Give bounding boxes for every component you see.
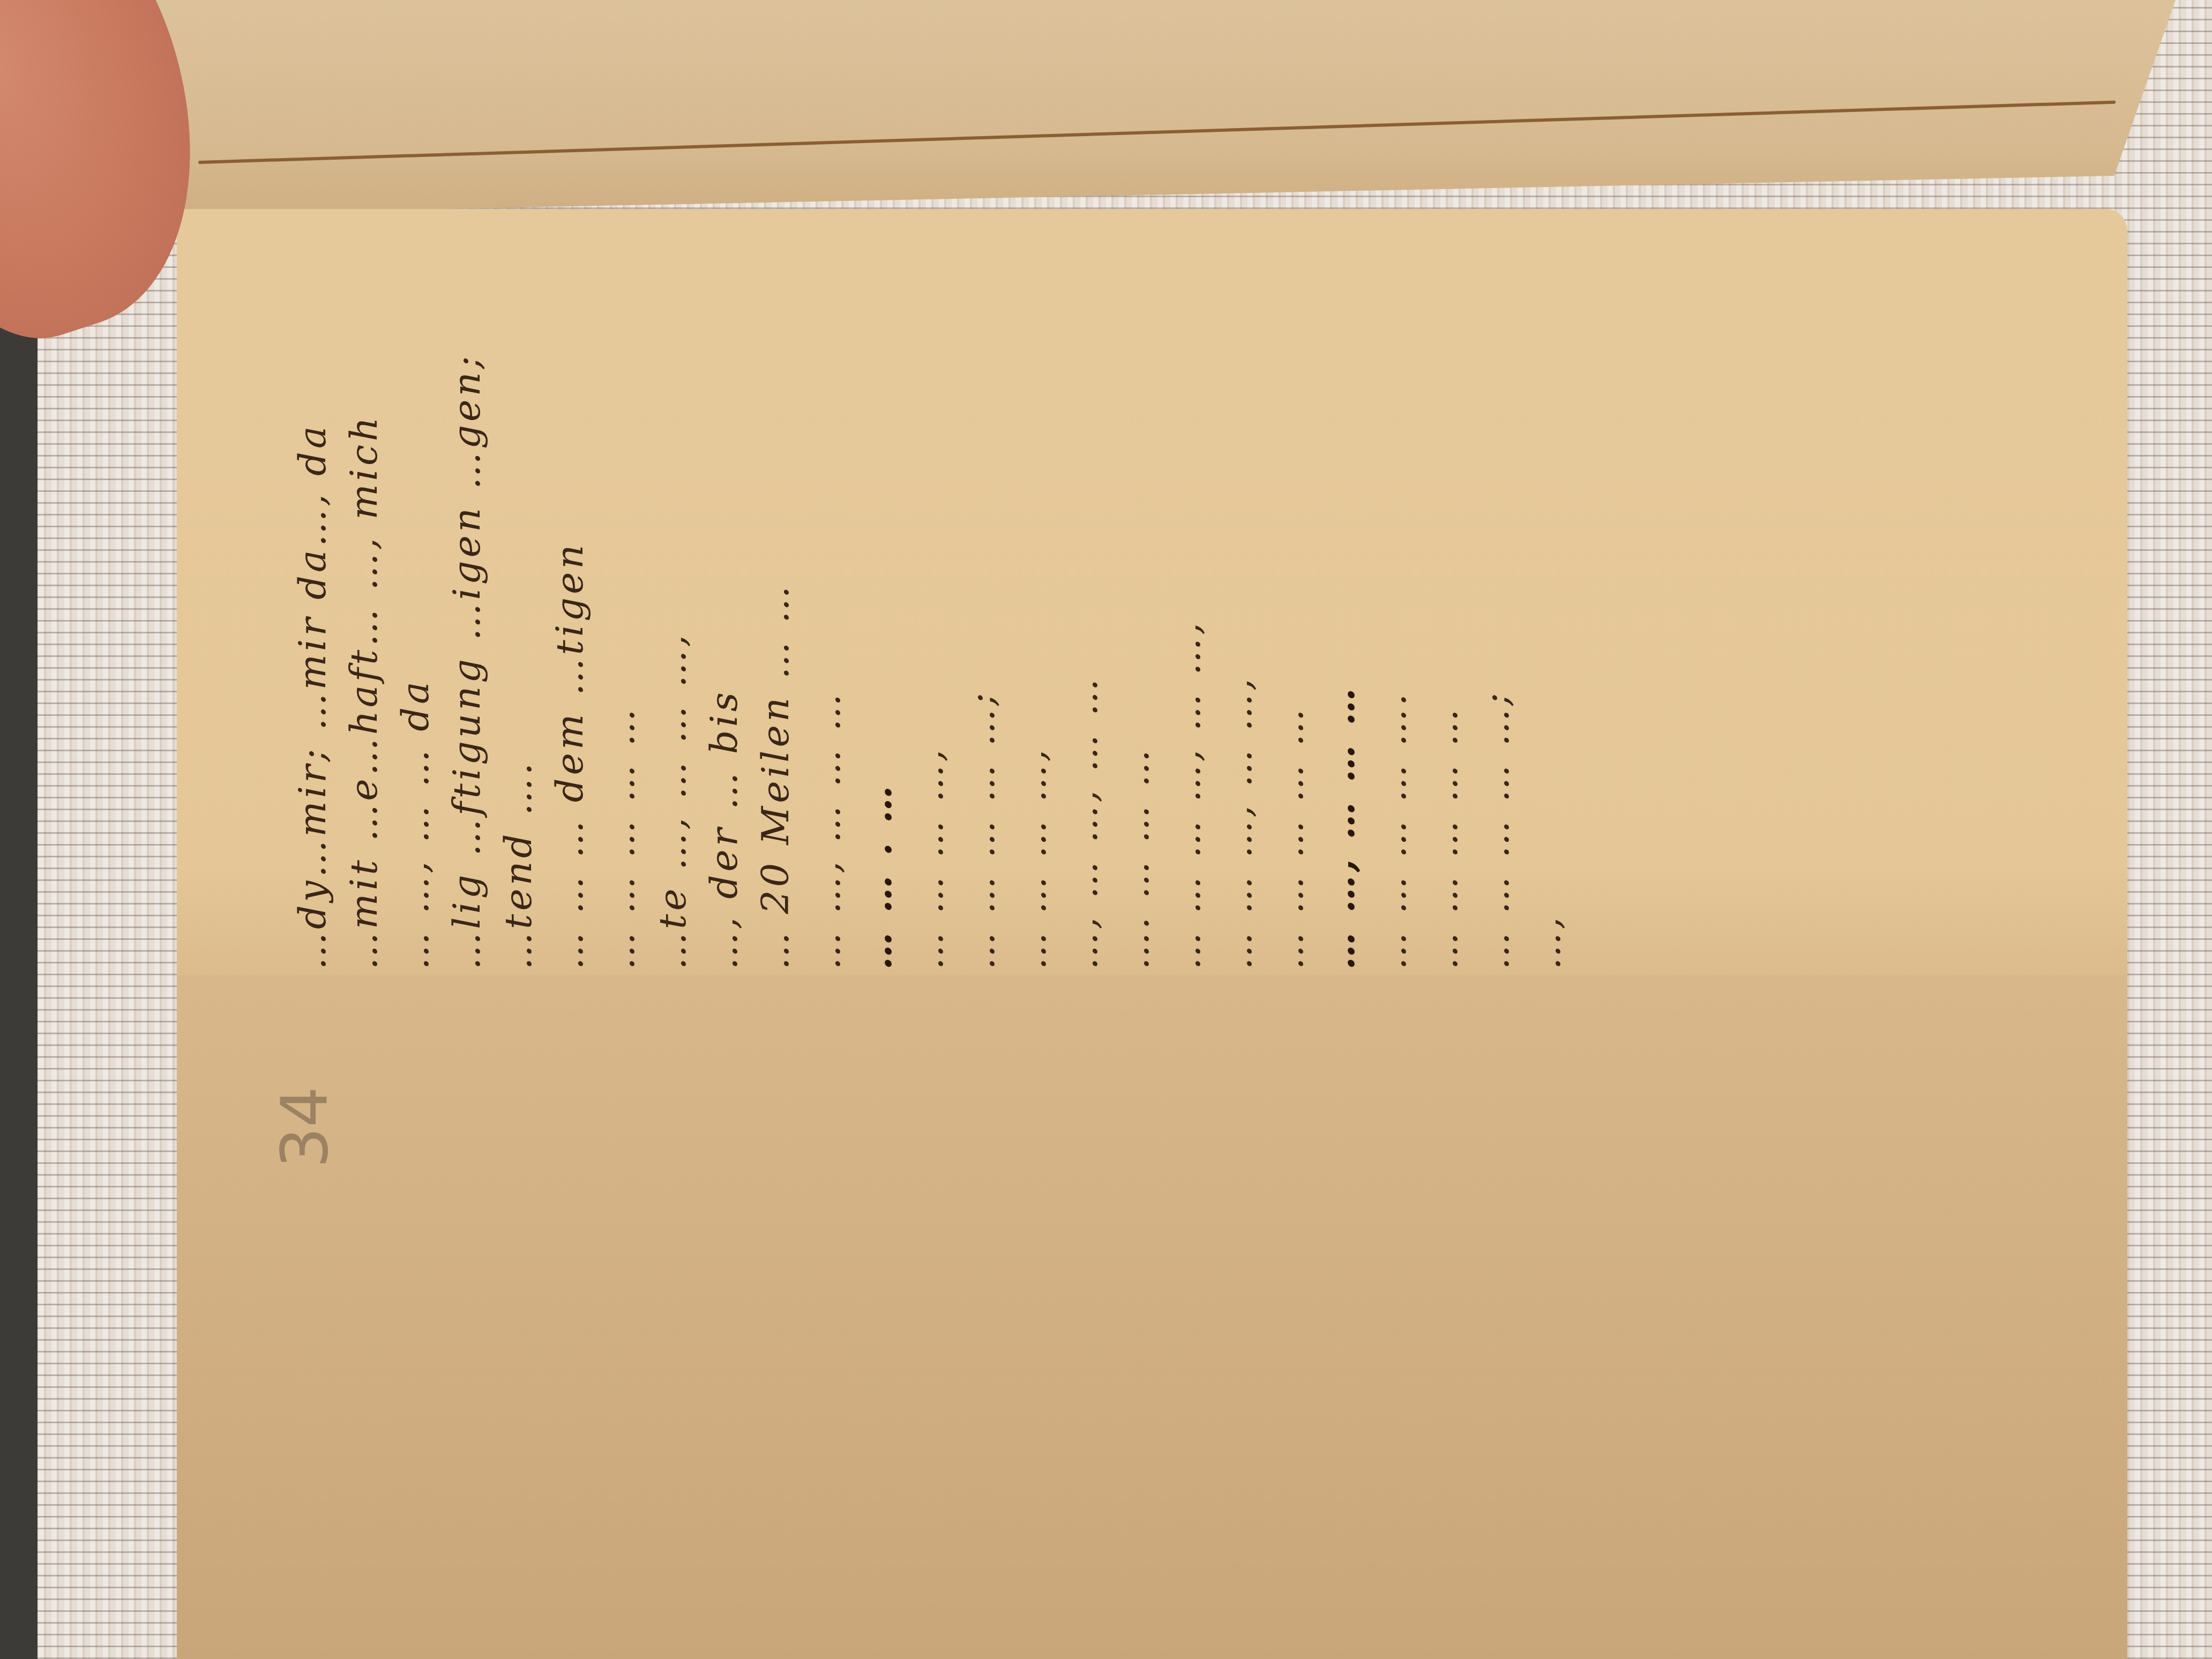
handwritten-line: …te …, … … …,	[649, 209, 696, 970]
handwritten-line: … …, … … da	[392, 209, 438, 970]
handwritten-line: … … … … …	[1421, 209, 1467, 970]
handwritten-line: … …, … … …	[804, 209, 850, 970]
dark-surface-strip	[0, 300, 38, 1659]
handwritten-line: … … … …,	[907, 209, 953, 970]
handwritten-line: …, … …, … …	[1061, 209, 1107, 970]
handwritten-line: …tend ….	[495, 209, 541, 970]
handwritten-line: … … … dem …tigen	[547, 209, 593, 970]
handwritten-line: … … … … …	[1267, 209, 1313, 970]
handwritten-line: … … … … …;	[958, 209, 1004, 970]
handwritten-line: …. … … …	[1112, 209, 1159, 970]
handwritten-line: … …, … … …	[1318, 209, 1364, 970]
page-lower-shade	[177, 975, 2127, 1659]
handwritten-line: …mit …e…haft… …, mich	[341, 209, 387, 970]
handwritten-line: … … …, … …,	[1215, 209, 1261, 970]
handwritten-line: …dy…mir; …mir da…, da	[289, 209, 335, 970]
pencil-page-number: 34	[268, 1086, 342, 1168]
handwritten-line: … … … …, … …,	[1164, 209, 1210, 970]
handwritten-line: …lig …ftigung …igen …gen;	[444, 209, 490, 970]
handwritten-text-block: …dy…mir; …mir da…, da …mit …e…haft… …, m…	[289, 209, 1977, 970]
handwritten-line: …,	[1524, 209, 1570, 970]
handwritten-line: … 20 Meilen … …	[752, 209, 798, 970]
handwritten-line: … … … … ….	[1370, 209, 1416, 970]
handwritten-line: …, der … bis	[701, 209, 747, 970]
handwritten-line: … … . …	[855, 209, 901, 970]
handwritten-line: … … … … …	[598, 209, 644, 970]
handwritten-line: … … … … …;	[1473, 209, 1519, 970]
handwritten-line: … … … …,	[1010, 209, 1056, 970]
